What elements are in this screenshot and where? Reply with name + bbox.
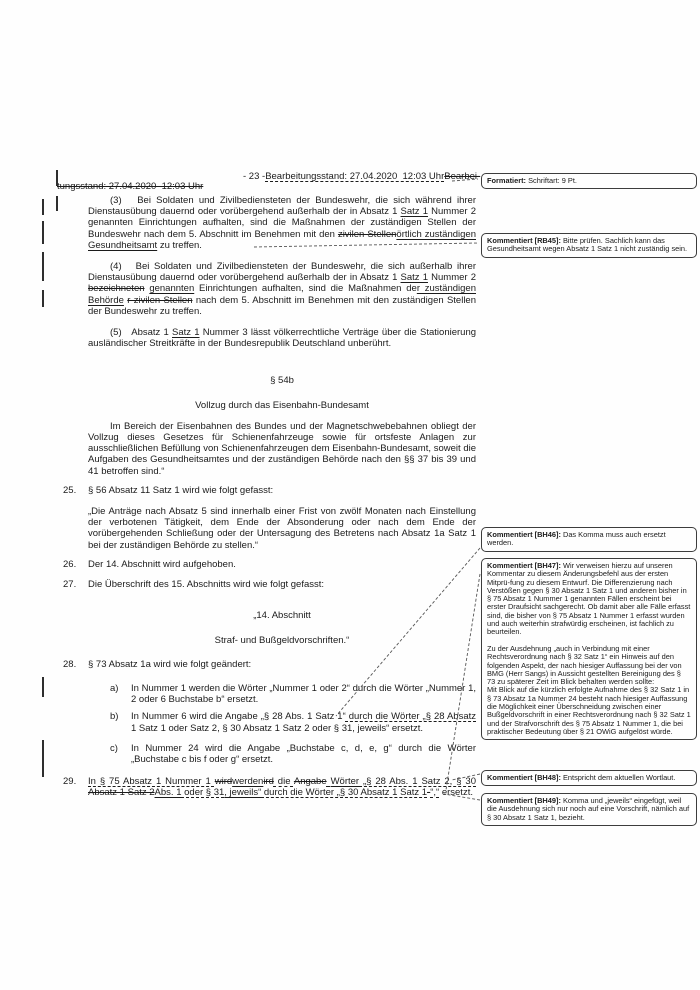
item-number: 25. [63,485,76,496]
text-segment: Straf- und Bußgeldvorschriften.“ [215,635,350,646]
text-segment: ersetzt. [439,787,473,798]
text-segment: In § 75 Absatz 1 Nummer 1 [88,776,215,787]
item-28: 28.§ 73 Absatz 1a wird wie folgt geänder… [88,659,476,670]
text-segment: Satz 1 [401,206,428,217]
text-segment: „§ 28 Abs. 1 Satz 2, § 30 [359,776,476,787]
scanned-document-page: - 23 -Bearbeitungsstand: 27.04.2020 12:0… [0,0,700,990]
text-segment: Die Überschrift des 15. Abschnitts wird … [88,579,324,590]
comment-box-bh48: Kommentiert [BH48]: Entspricht dem aktue… [481,770,697,786]
text-segment: 1 Satz 1 oder Satz 2, § 30 Absatz 1 Satz… [131,723,423,734]
comment-text: Schriftart: 9 Pt. [528,176,577,185]
comment-box-bh46: Kommentiert [BH46]: Das Komma muss auch … [481,527,697,552]
heading-vollzug: Vollzug durch das Eisenbahn-Bundesamt [88,400,476,411]
heading-14-abschnitt: „14. Abschnitt [88,610,476,621]
item-number: 28. [63,659,76,670]
text-segment: - 23 - [243,171,265,182]
change-bar [42,199,44,215]
comment-box-rb45: Kommentiert [RB45]: Bitte prüfen. Sachli… [481,233,697,258]
item-28b: b)In Nummer 6 wird die Angabe „§ 28 Abs.… [131,711,476,733]
text-segment: genannten [149,283,194,294]
quote-25: „Die Anträge nach Absatz 5 sind innerhal… [88,506,476,551]
comment-label: Formatiert: [487,176,526,185]
item-number: c) [110,743,118,754]
text-segment: Abs. 1 [155,787,182,798]
paragraph-5: (5) Absatz 1 Satz 1 Nummer 3 lässt völke… [88,327,476,349]
comment-label: Kommentiert [BH48]: [487,773,561,782]
text-segment: Bearbei- [444,171,480,182]
comment-box-bh47: Kommentiert [BH47]: Wir verweisen hierzu… [481,558,697,740]
text-segment: Satz 1 [401,272,428,283]
item-28c: c)In Nummer 24 wird die Angabe „Buchstab… [131,743,476,765]
paragraph-4: (4) Bei Soldaten und Zivilbediensteten d… [88,261,476,317]
comment-text: Wir verweisen hierzu auf unseren Komment… [487,561,691,736]
change-bar [42,221,44,244]
text-segment: Satz 1 [172,327,200,338]
change-bar [42,740,44,777]
paragraph-54b-text: Im Bereich der Eisenbahnen des Bundes un… [88,421,476,477]
heading-straf: Straf- und Bußgeldvorschriften.“ [88,635,476,646]
text-segment: r zivilen Stellen [127,295,192,306]
text-segment: Angabe [294,776,327,787]
text-segment: durch die Wörter „§ 28 Absatz [346,711,476,722]
text-segment: zivilen Stellen [338,229,396,240]
text-segment: oder § 31 [181,787,224,798]
text-segment: § 56 Absatz 11 Satz 1 wird wie folgt gef… [88,485,273,496]
text-segment: durch die Wörter „§ 30 Absatz 1 Satz 1 [261,787,427,798]
text-segment: tungsstand: 27.04.2020 12:03 Uhr [57,181,203,192]
text-segment: In Nummer 24 wird die Angabe „Buchstabe … [131,743,476,765]
text-segment: Der 14. Abschnitt wird aufgehoben. [88,559,236,570]
text-segment: § 54b [270,375,294,386]
text-segment: (5) Absatz 1 [110,327,172,338]
item-number: 29. [63,776,76,787]
item-29: 29.In § 75 Absatz 1 Nummer 1 wirdwerdeni… [88,776,476,798]
text-segment: Bearbeitungsstand: 27.04.2020 12:03 Uhr [265,171,444,182]
text-segment: Absatz 1 Satz 2 [88,787,155,798]
text-segment: die [274,776,294,787]
comment-box-formatiert: Formatiert: Schriftart: 9 Pt. [481,173,697,189]
page-header-deleted-fragment: tungsstand: 27.04.2020 12:03 Uhr [57,181,203,192]
text-segment: Vollzug durch das Eisenbahn-Bundesamt [195,400,369,411]
item-number: 26. [63,559,76,570]
text-segment: bezeichneten [88,283,145,294]
text-segment: Im Bereich der Eisenbahnen des Bundes un… [88,421,476,477]
change-bar [42,290,44,307]
text-segment: In Nummer 6 wird die Angabe „§ 28 Abs. 1… [131,711,346,722]
item-number: b) [110,711,118,722]
text-segment: wird [215,776,232,787]
change-bar [42,677,44,697]
text-segment: Nummer 2 [428,272,476,283]
change-bar [56,196,58,211]
item-26: 26.Der 14. Abschnitt wird aufgehoben. [88,559,476,570]
item-25: 25.§ 56 Absatz 11 Satz 1 wird wie folgt … [88,485,476,496]
text-segment: „14. Abschnitt [253,610,311,621]
heading-54b: § 54b [88,375,476,386]
text-segment: § 73 Absatz 1a wird wie folgt geändert: [88,659,251,670]
item-27: 27.Die Überschrift des 15. Abschnitts wi… [88,579,476,590]
item-number: 27. [63,579,76,590]
text-segment: Einrichtungen aufhalten, sind die Maßnah… [194,283,417,294]
item-28a: a)In Nummer 1 werden die Wörter „Nummer … [131,683,476,705]
text-segment: “,“ [430,787,439,798]
text-segment: zu treffen. [157,240,202,251]
comment-text: Entspricht dem aktuellen Wortlaut. [563,773,675,782]
page-header: - 23 -Bearbeitungsstand: 27.04.2020 12:0… [243,171,480,182]
change-bar [42,252,44,281]
text-segment: werden [232,776,263,787]
paragraph-3: (3) Bei Soldaten und Zivilbediensteten d… [88,195,476,251]
document-body: (3) Bei Soldaten und Zivilbediensteten d… [88,195,476,809]
comment-box-bh49: Kommentiert [BH49]: Komma und „jeweils“ … [481,793,697,826]
text-segment: In Nummer 1 werden die Wörter „Nummer 1 … [131,683,476,705]
text-segment: Wörter [331,776,360,787]
item-number: a) [110,683,118,694]
change-bar [56,170,58,186]
text-segment: , jeweils“ [224,787,261,798]
text-segment: „Die Anträge nach Absatz 5 sind innerhal… [88,506,476,551]
text-segment: ird [263,776,274,787]
